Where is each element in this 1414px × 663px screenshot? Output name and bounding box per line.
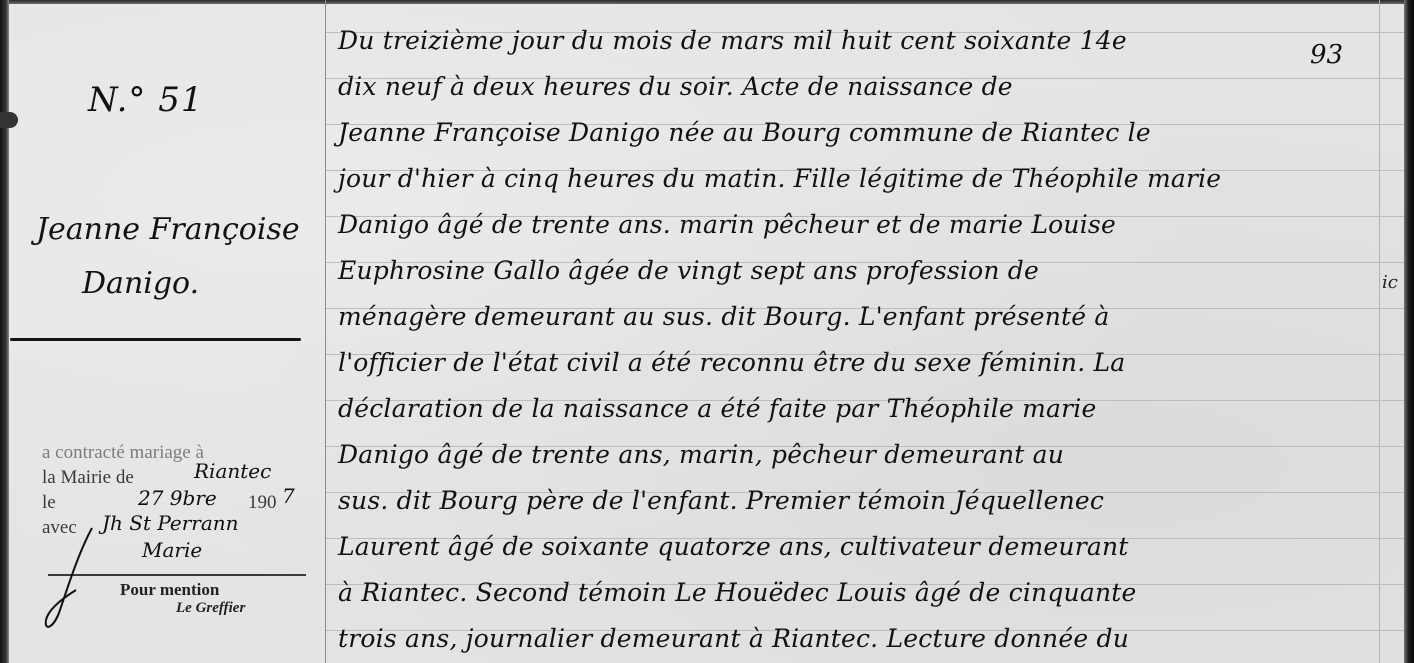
stamp-year-handwritten: 7 xyxy=(282,484,295,509)
body-line: Danigo âgé de trente ans. marin pêcheur … xyxy=(338,210,1116,256)
margin-surname: Danigo. xyxy=(82,266,199,301)
stamp-printed-text: a contracté mariage à xyxy=(42,442,204,463)
body-line: sus. dit Bourg père de l'enfant. Premier… xyxy=(338,486,1104,532)
stamp-year-printed: 190 xyxy=(248,490,277,515)
body-line: Laurent âgé de soixante quatorze ans, cu… xyxy=(338,532,1129,578)
body-line: déclaration de la naissance a été faite … xyxy=(338,394,1097,440)
stamp-date-handwritten: 27 9bre xyxy=(138,486,217,511)
body-line: Jeanne Françoise Danigo née au Bourg com… xyxy=(338,118,1151,164)
right-vertical-rule xyxy=(1379,0,1380,663)
body-line: à Riantec. Second témoin Le Houëdec Loui… xyxy=(338,578,1137,624)
body-line: Du treizième jour du mois de mars mil hu… xyxy=(338,26,1127,72)
margin-given-names: Jeanne Françoise xyxy=(36,212,300,247)
body-line: l'officier de l'état civil a été reconnu… xyxy=(338,348,1125,394)
right-margin-mark: ic xyxy=(1382,272,1398,293)
stamp-row-1: a contracté mariage à xyxy=(42,440,312,465)
stamp-printed-text: la Mairie de xyxy=(42,467,134,488)
body-line: Danigo âgé de trente ans, marin, pêcheur… xyxy=(338,440,1064,486)
stamp-spouse-handwritten: Jh St Perrann xyxy=(102,511,239,536)
body-line: trois ans, journalier demeurant à Riante… xyxy=(338,624,1129,663)
margin-divider-rule xyxy=(10,338,301,341)
stamp-spouse-name-handwritten: Marie xyxy=(142,538,202,563)
stamp-footer: Pour mention Le Greffier xyxy=(120,580,245,617)
act-number: N.° 51 xyxy=(88,80,203,120)
stamp-commune-handwritten: Riantec xyxy=(194,459,271,484)
stamp-printed-text: le xyxy=(42,492,56,513)
stamp-footer-mention: Pour mention xyxy=(120,580,245,600)
scan-right-border xyxy=(1404,0,1414,663)
page-number: 93 xyxy=(1310,40,1343,70)
body-line: Euphrosine Gallo âgée de vingt sept ans … xyxy=(338,256,1039,302)
binding-hole xyxy=(0,112,18,128)
margin-vertical-rule xyxy=(325,0,326,663)
body-line: ménagère demeurant au sus. dit Bourg. L'… xyxy=(338,302,1110,348)
stamp-footer-greffier: Le Greffier xyxy=(176,600,245,617)
body-line: jour d'hier à cinq heures du matin. Fill… xyxy=(338,164,1221,210)
scan-left-border xyxy=(0,0,9,663)
register-page-scan: N.° 51 Jeanne Françoise Danigo. a contra… xyxy=(0,0,1414,663)
signature-flourish-icon xyxy=(40,520,100,640)
scan-top-border xyxy=(0,0,1414,4)
body-line: dix neuf à deux heures du soir. Acte de … xyxy=(338,72,1013,118)
